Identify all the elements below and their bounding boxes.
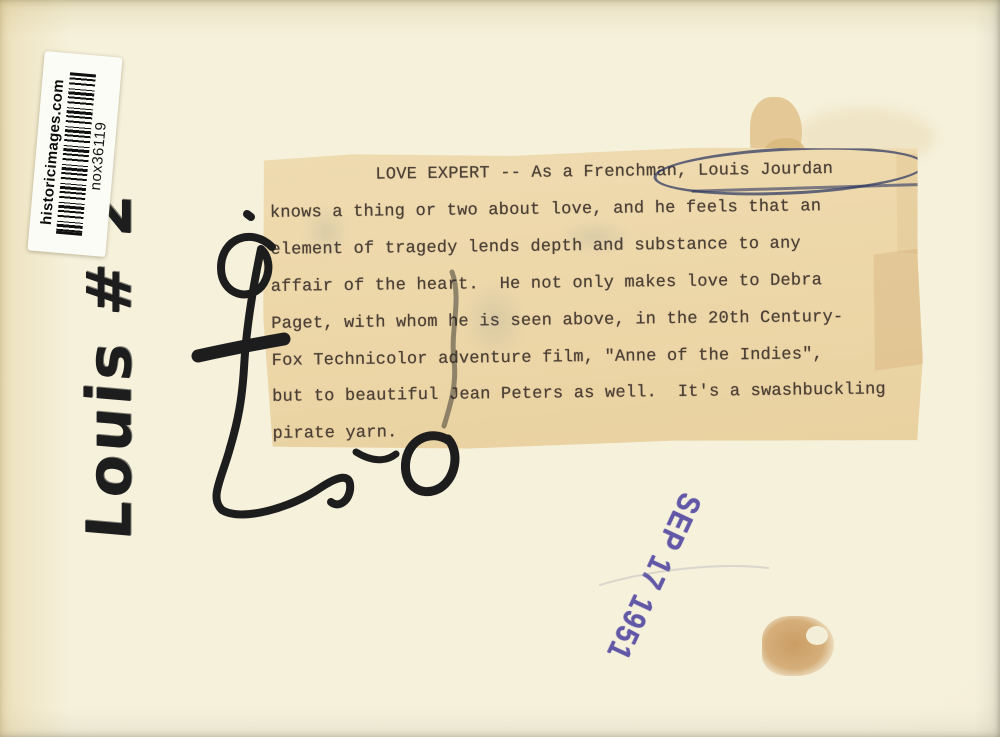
tape-stain-bottom: [762, 616, 834, 676]
sticker-code-text: nox36119: [87, 121, 109, 191]
date-stamp: SEP 17 1951: [593, 476, 716, 678]
caption-line-8: pirate yarn.: [272, 409, 921, 454]
caption-slip: LOVE EXPERT -- As a Frenchman, Louis Jou…: [261, 145, 924, 451]
caption-line-1-text: LOVE EXPERT -- As a Frenchman,: [375, 162, 698, 185]
press-photo-verso: LOVE EXPERT -- As a Frenchman, Louis Jou…: [0, 0, 1000, 737]
tape-stain-notch: [806, 626, 828, 645]
